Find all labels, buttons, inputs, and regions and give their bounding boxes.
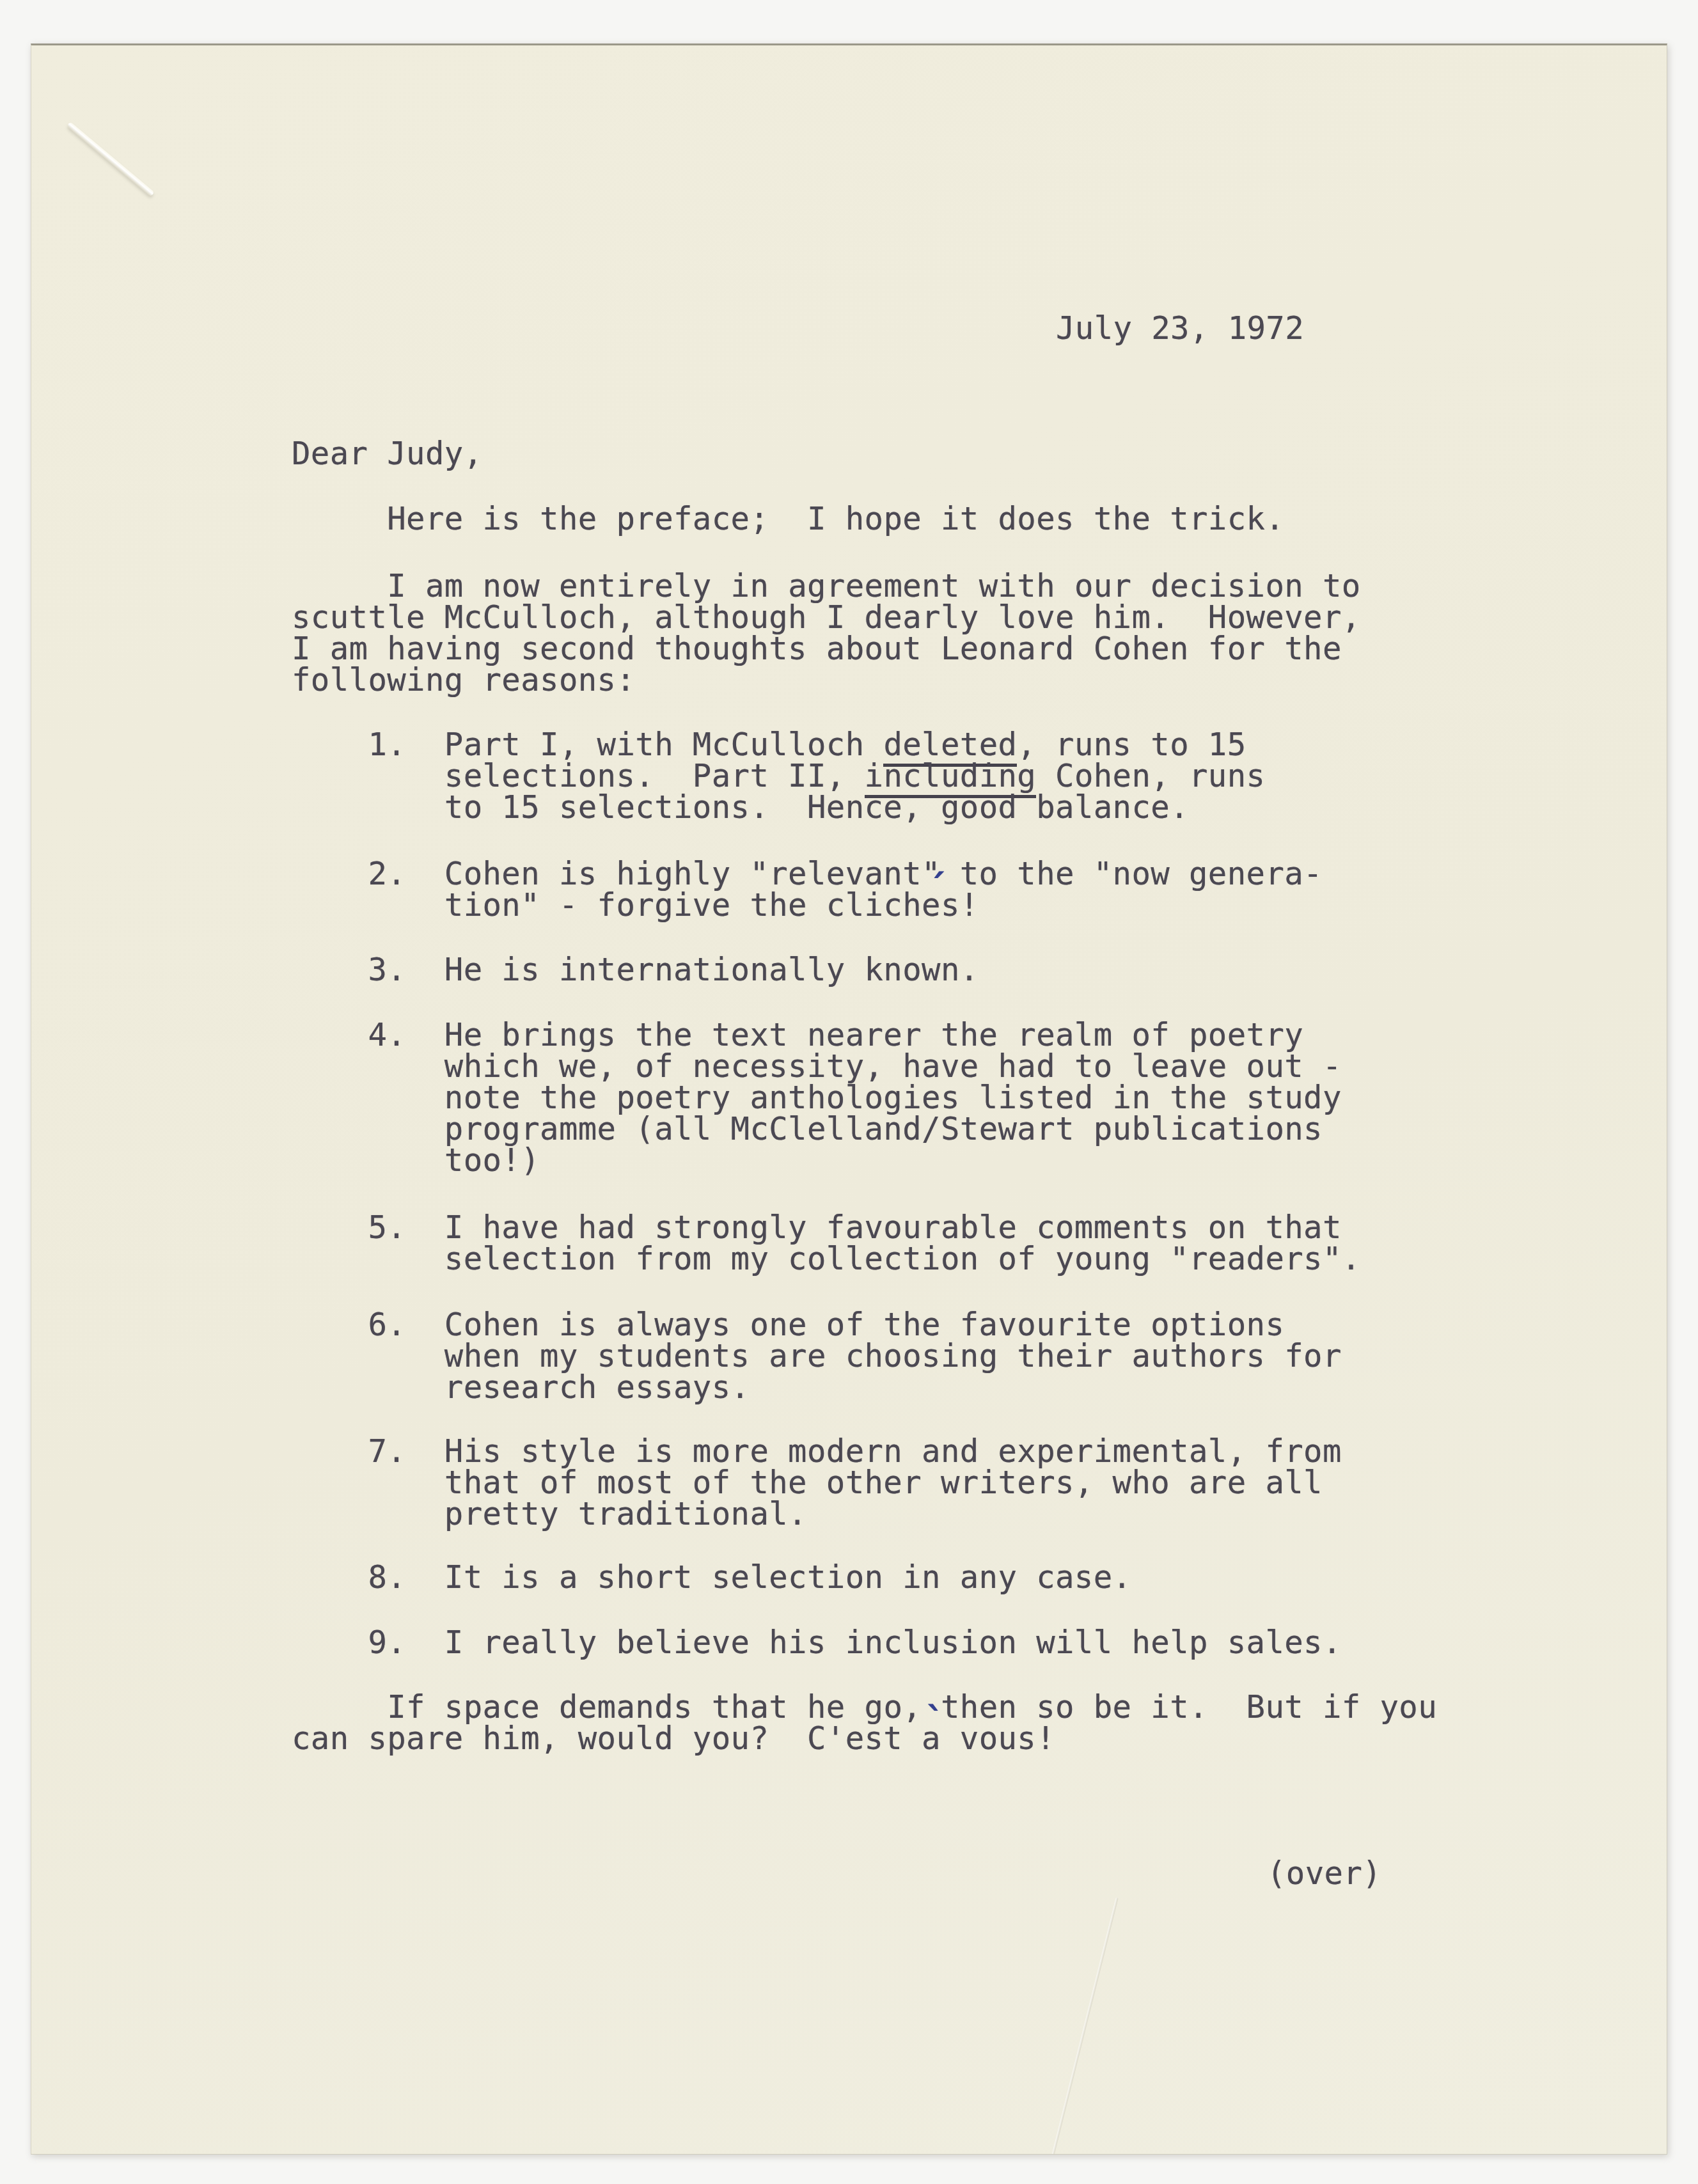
closing-paragraph: If space demands that he go, then so be …: [292, 1692, 1437, 1754]
reason-item-6: 6. Cohen is always one of the favourite …: [292, 1309, 1342, 1403]
accented-letter-e: e´: [922, 890, 941, 921]
over-note: (over): [1267, 1858, 1381, 1889]
salutation: Dear Judy,: [292, 438, 483, 469]
reason-item-3: 3. He is internationally known.: [292, 954, 979, 986]
accented-letter-a: a`: [922, 1723, 941, 1754]
reason-2-text-a: 2. Cohen is highly "relevant" to the "no…: [292, 856, 1323, 923]
reason-item-8: 8. It is a short selection in any case.: [292, 1562, 1131, 1593]
opening-paragraph: Here is the preface; I hope it does the …: [292, 503, 1284, 535]
reason-item-4: 4. He brings the text nearer the realm o…: [292, 1019, 1342, 1176]
handwritten-grave-accent: `: [925, 1704, 947, 1740]
closing-text-b: vous!: [941, 1720, 1055, 1757]
agreement-paragraph: I am now entirely in agreement with our …: [292, 570, 1361, 696]
reason-item-9: 9. I really believe his inclusion will h…: [292, 1627, 1342, 1658]
scan-background: { "page": { "paper_color": "#efecdc", "i…: [0, 0, 1698, 2184]
handwritten-acute-accent: ´: [926, 871, 948, 907]
reason-item-2: 2. Cohen is highly "relevant" to the "no…: [292, 858, 1323, 921]
closing-text-a: If space demands that he go, then so be …: [292, 1689, 1437, 1757]
reason-item-1: 1. Part I, with McCulloch deleted, runs …: [292, 729, 1265, 823]
letter-date: July 23, 1972: [1056, 313, 1304, 344]
reason-item-5: 5. I have had strongly favourable commen…: [292, 1212, 1361, 1275]
fold-crease-mark: [1051, 1897, 1118, 2155]
reason-item-7: 7. His style is more modern and experime…: [292, 1436, 1342, 1530]
staple-crease-mark: [67, 122, 155, 196]
letter-page: July 23, 1972 Dear Judy, Here is the pre…: [31, 43, 1667, 2155]
